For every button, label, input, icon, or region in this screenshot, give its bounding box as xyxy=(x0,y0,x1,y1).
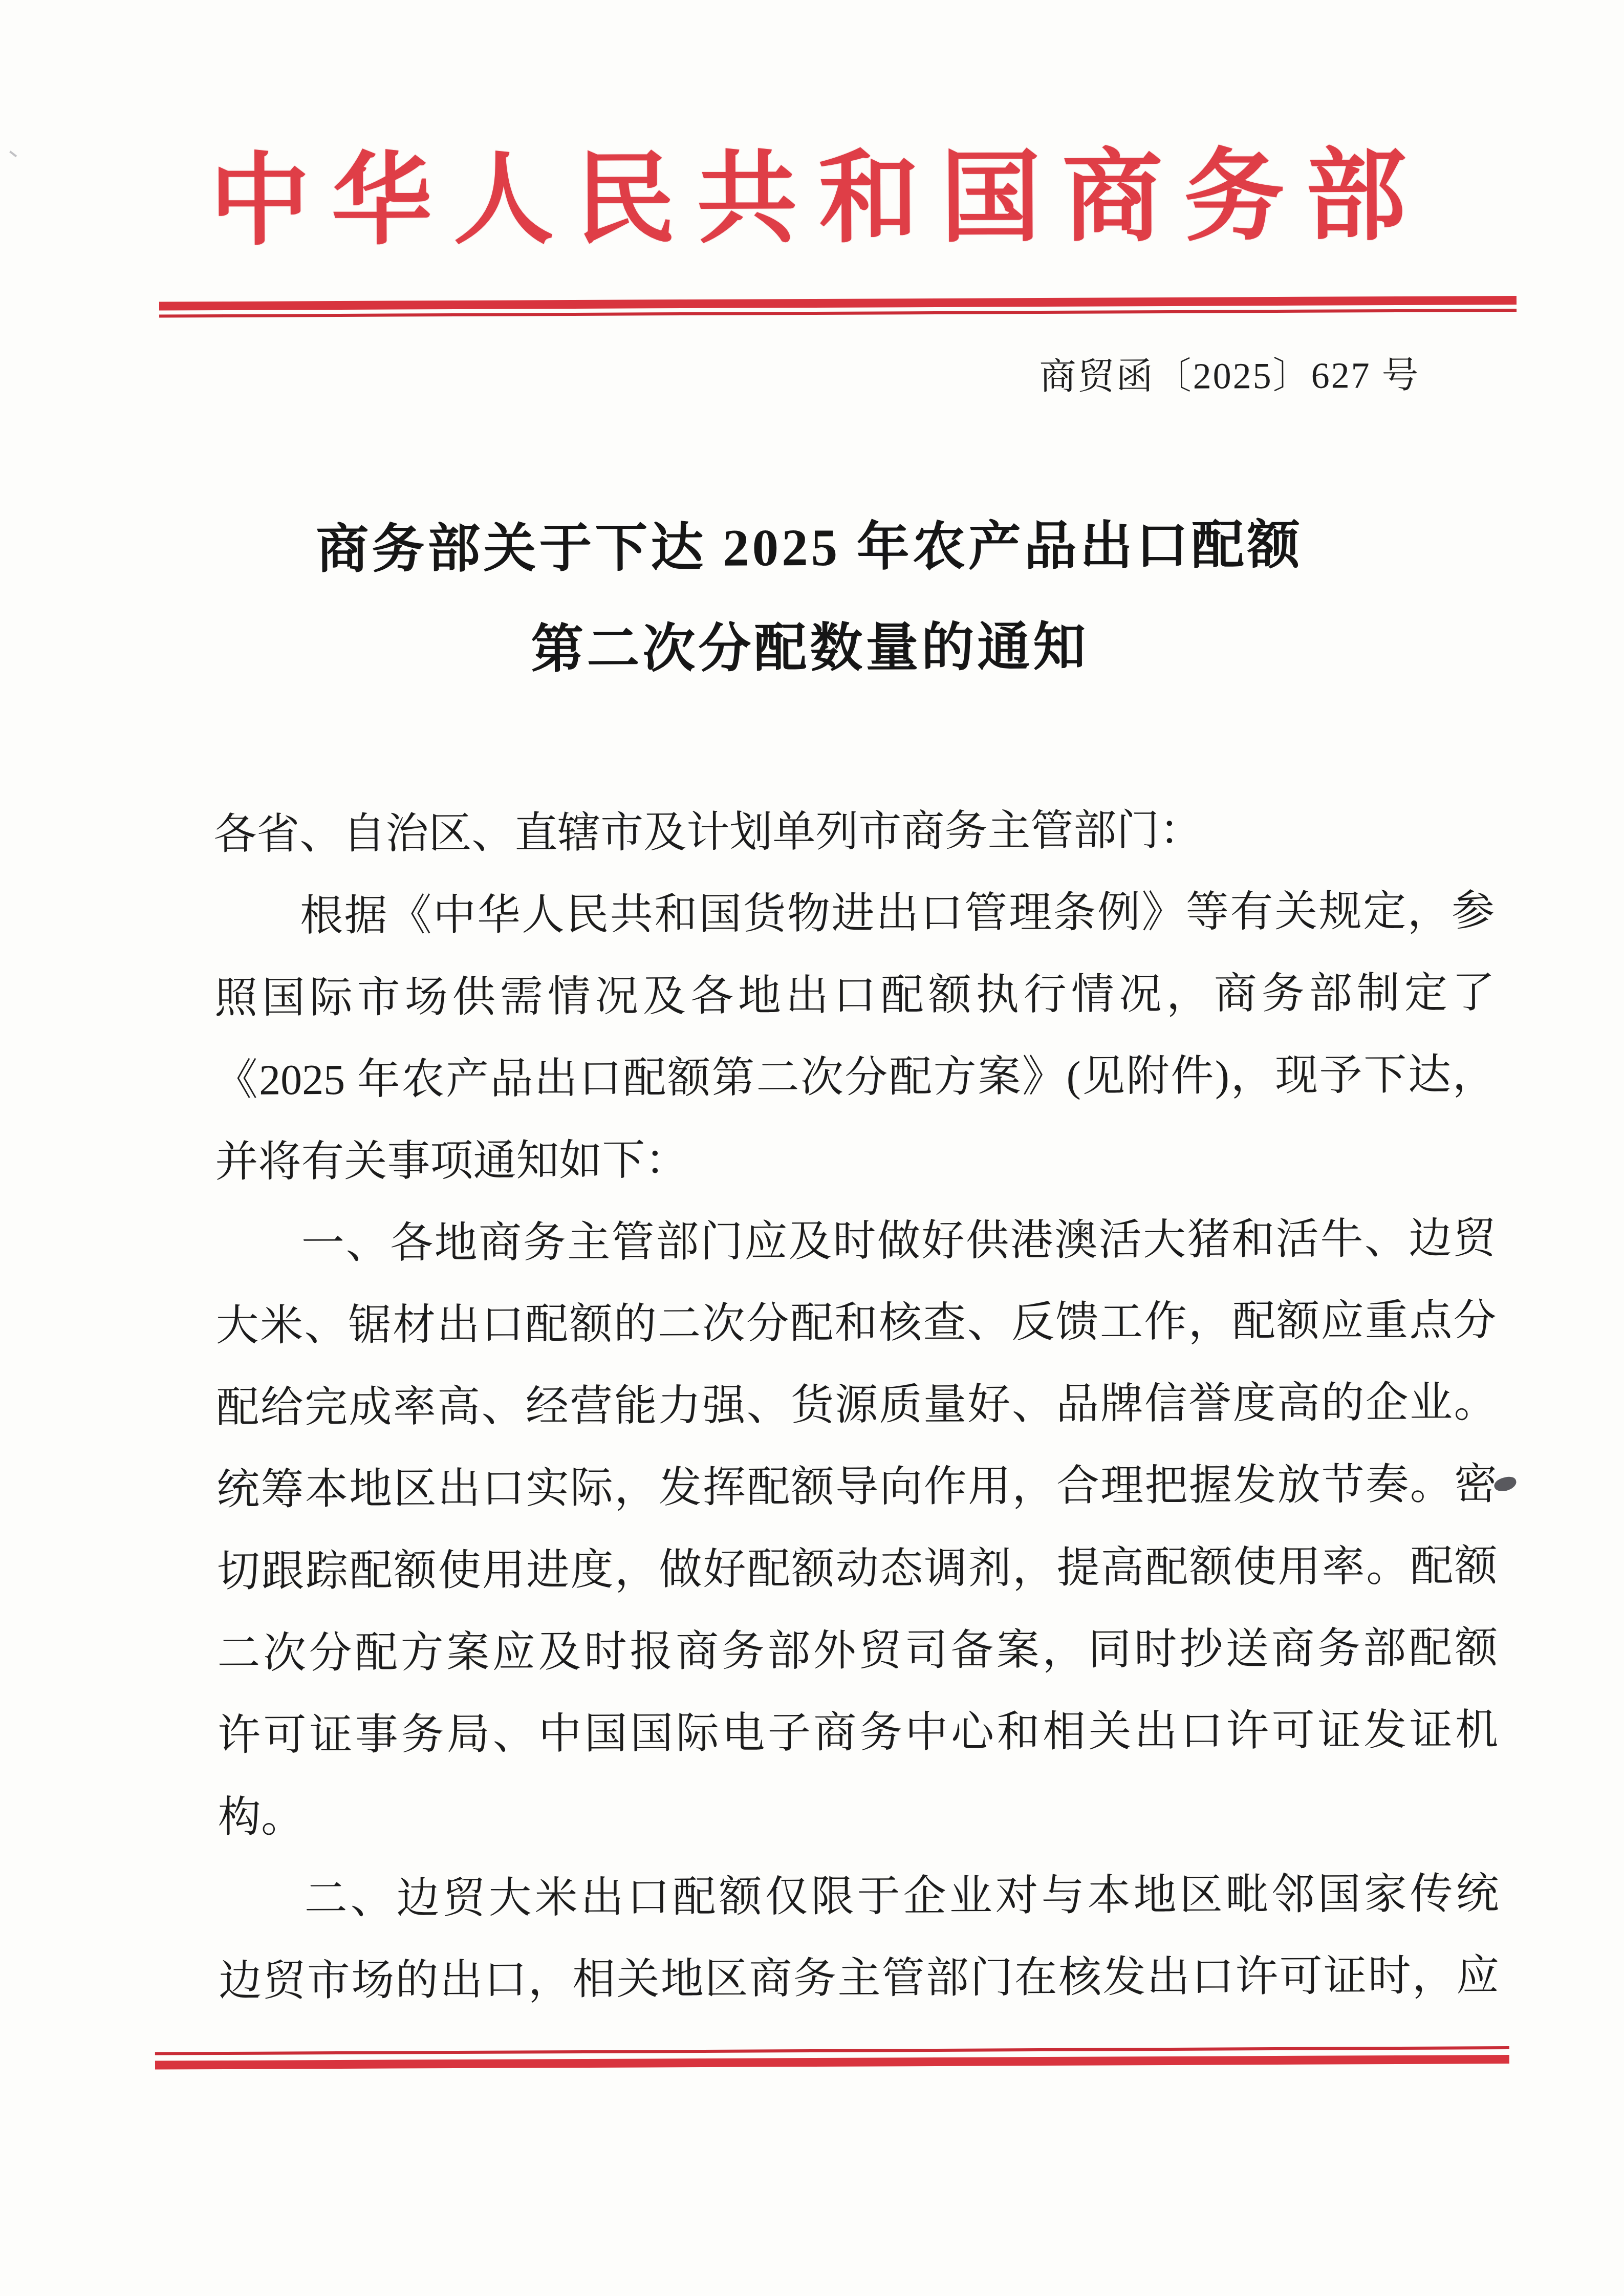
body-line: 二、边贸大米出口配额仅限于企业对与本地区毗邻国家传统 xyxy=(218,1853,1499,1941)
body-line: 配给完成率高、经营能力强、货源质量好、品牌信誉度高的企业。 xyxy=(216,1362,1497,1449)
body-line: 切跟踪配额使用进度，做好配额动态调剂，提高配额使用率。配额 xyxy=(216,1526,1498,1613)
body-line: 大米、锯材出口配额的二次分配和核查、反馈工作，配额应重点分 xyxy=(215,1280,1497,1367)
body-line: 一、各地商务主管部门应及时做好供港澳活大猪和活牛、边贸 xyxy=(215,1198,1497,1285)
notice-body: 各省、自治区、直辖市及计划单列市商务主管部门： 根据《中华人民共和国货物进出口管… xyxy=(213,788,1499,2023)
footer-divider xyxy=(155,2046,1509,2070)
ministry-letterhead-title: 中华人民共和国商务部 xyxy=(0,146,1620,253)
body-line: 各省、自治区、直辖市及计划单列市商务主管部门： xyxy=(213,788,1495,876)
body-line: 构。 xyxy=(218,1771,1499,1859)
body-line: 并将有关事项通知如下： xyxy=(215,1116,1496,1204)
notice-title-line-1: 商务部关于下达 2025 年农产品出口配额 xyxy=(0,494,1621,602)
body-line: 根据《中华人民共和国货物进出口管理条例》等有关规定，参 xyxy=(214,870,1495,958)
body-line: 边贸市场的出口，相关地区商务主管部门在核发出口许可证时，应 xyxy=(219,1935,1500,2023)
document-page: 中华人民共和国商务部 商贸函〔2025〕627 号 商务部关于下达 2025 年… xyxy=(0,0,1624,2296)
body-line: 二次分配方案应及时报商务部外贸司备案，同时抄送商务部配额 xyxy=(217,1607,1498,1695)
document-number: 商贸函〔2025〕627 号 xyxy=(1039,357,1420,395)
notice-title: 商务部关于下达 2025 年农产品出口配额 第二次分配数量的通知 xyxy=(0,494,1622,703)
body-line: 照国际市场供需情况及各地出口配额执行情况，商务部制定了 xyxy=(214,952,1496,1040)
body-line: 统筹本地区出口实际，发挥配额导向作用，合理把握发放节奏。密 xyxy=(216,1444,1498,1531)
body-line: 许可证事务局、中国国际电子商务中心和相关出口许可证发证机 xyxy=(218,1689,1499,1777)
letterhead-divider xyxy=(159,296,1517,318)
scanned-content: 中华人民共和国商务部 商贸函〔2025〕627 号 商务部关于下达 2025 年… xyxy=(0,0,1624,2296)
notice-title-line-2: 第二次分配数量的通知 xyxy=(0,595,1622,703)
body-line: 《2025 年农产品出口配额第二次分配方案》(见附件)，现予下达， xyxy=(214,1034,1496,1122)
